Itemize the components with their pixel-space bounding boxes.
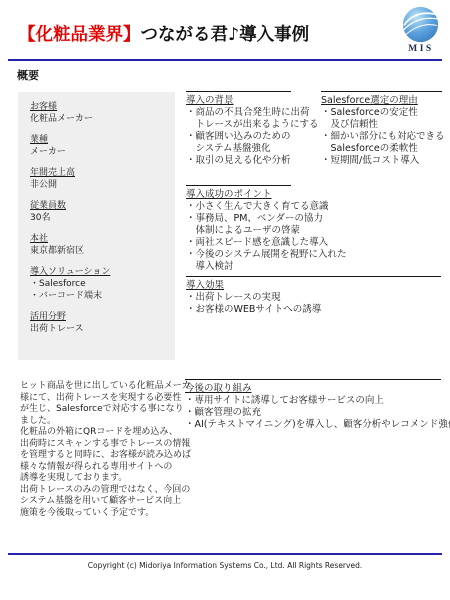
- section-effects-body: ・出荷トレースの実現 ・お客様のWEBサイトへの誘導: [186, 292, 441, 316]
- section-future-initiatives: 今後の取り組み ・専用サイトに誘導してお客様サービスの向上 ・顧客管理の拡充 ・…: [185, 379, 441, 431]
- section-success-points-title: 導入成功のポイント: [186, 189, 291, 201]
- section-background-body: ・商品の不具合発生時に出荷 トレースが出来るようにする ・顧客囲い込みのための …: [186, 107, 291, 167]
- customer-profile-box: お客様 化粧品メーカー 業種 メーカー 年間売上高 非公開 従業員数 30名 本…: [18, 92, 175, 360]
- section-success-points-body: ・小さく生んで大きく育てる意識 ・事務局、PM、ベンダーの協力 体制によるユーザ…: [186, 201, 291, 273]
- logo-swirl-icon: [402, 6, 439, 43]
- profile-field-value: 東京都新宿区: [30, 245, 165, 257]
- profile-field-value: メーカー: [30, 146, 165, 158]
- section-future-initiatives-title: 今後の取り組み: [185, 383, 441, 395]
- section-future-initiatives-body: ・専用サイトに誘導してお客様サービスの向上 ・顧客管理の拡充 ・AI(テキストマ…: [185, 395, 441, 431]
- footer-divider: [8, 553, 442, 555]
- profile-field-label: 導入ソリューション: [30, 266, 165, 278]
- section-salesforce-reason-body: ・Salesforceの安定性 及び信頼性 ・細かい部分にも対応できる Sale…: [321, 107, 442, 167]
- section-effects: 導入効果 ・出荷トレースの実現 ・お客様のWEBサイトへの誘導: [186, 276, 441, 316]
- case-story-text: ヒット商品を世に出している化粧品メーカ 様にて、出荷トレースを実現する必要性 が…: [20, 381, 191, 519]
- copyright-text: Copyright (c) Midoriya Information Syste…: [0, 561, 450, 570]
- profile-field-revenue: 年間売上高 非公開: [30, 167, 165, 191]
- page-title: 【化粧品業界】つながる君♪導入事例: [18, 21, 309, 46]
- section-background: 導入の背景 ・商品の不具合発生時に出荷 トレースが出来るようにする ・顧客囲い込…: [186, 91, 291, 167]
- profile-field-label: 業種: [30, 134, 165, 146]
- profile-field-value: 非公開: [30, 179, 165, 191]
- title-industry-tag: 【化粧品業界】: [18, 25, 141, 45]
- section-background-title: 導入の背景: [186, 95, 291, 107]
- profile-field-label: 年間売上高: [30, 167, 165, 179]
- profile-field-industry: 業種 メーカー: [30, 134, 165, 158]
- profile-field-value: 30名: [30, 212, 165, 224]
- profile-field-value: 出荷トレース: [30, 323, 165, 335]
- section-success-points: 導入成功のポイント ・小さく生んで大きく育てる意識 ・事務局、PM、ベンダーの協…: [186, 185, 291, 273]
- profile-field-label: 活用分野: [30, 311, 165, 323]
- profile-field-value: ・Salesforce ・バーコード端末: [30, 278, 165, 302]
- logo-text: MIS: [397, 44, 443, 54]
- profile-field-employees: 従業員数 30名: [30, 200, 165, 224]
- profile-field-headquarters: 本社 東京都新宿区: [30, 233, 165, 257]
- slide-page: 【化粧品業界】つながる君♪導入事例 MIS 概要 お客様 化粧品メーカー: [0, 0, 450, 600]
- profile-field-solutions: 導入ソリューション ・Salesforce ・バーコード端末: [30, 266, 165, 302]
- title-main: つながる君♪導入事例: [141, 25, 310, 45]
- section-salesforce-reason: Salesforce選定の理由 ・Salesforceの安定性 及び信頼性 ・細…: [321, 91, 442, 167]
- overview-heading: 概要: [17, 67, 39, 83]
- profile-field-label: 本社: [30, 233, 165, 245]
- section-salesforce-reason-title: Salesforce選定の理由: [321, 95, 442, 107]
- profile-field-label: 従業員数: [30, 200, 165, 212]
- profile-field-value: 化粧品メーカー: [30, 113, 165, 125]
- section-effects-title: 導入効果: [186, 280, 441, 292]
- profile-field-usage: 活用分野 出荷トレース: [30, 311, 165, 335]
- company-logo: MIS: [397, 6, 443, 54]
- header-divider: [8, 59, 442, 61]
- profile-field-customer: お客様 化粧品メーカー: [30, 101, 165, 125]
- profile-field-label: お客様: [30, 101, 165, 113]
